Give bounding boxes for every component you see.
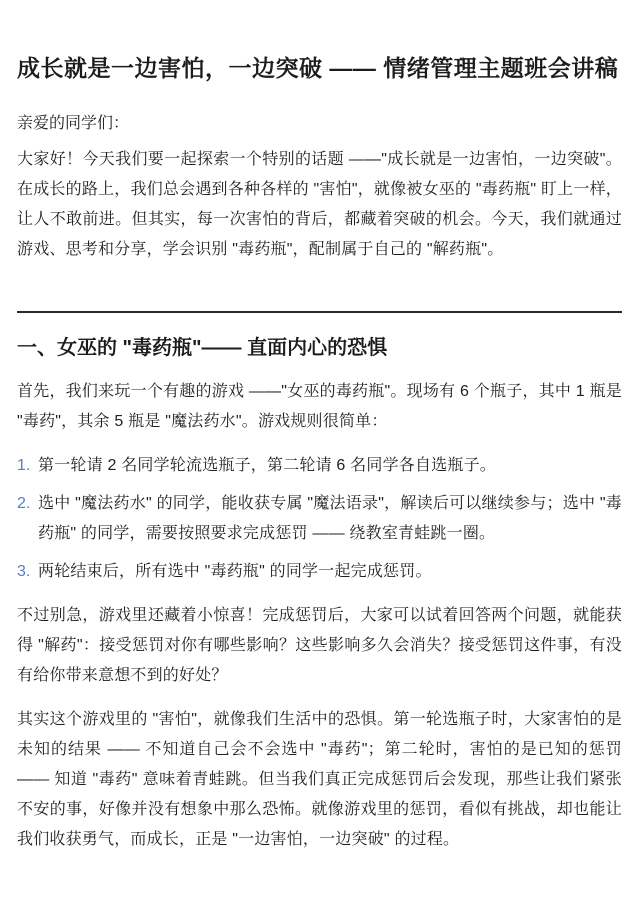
game-rules-list: 1. 第一轮请 2 名同学轮流选瓶子，第二轮请 6 名同学各自选瓶子。 2. 选… — [17, 451, 622, 587]
game-lead-paragraph: 首先，我们来玩一个有趣的游戏 ——"女巫的毒药瓶"。现场有 6 个瓶子，其中 1… — [17, 377, 622, 437]
document-page: 成长就是一边害怕，一边突破 —— 情绪管理主题班会讲稿 亲爱的同学们： 大家好！… — [0, 0, 640, 921]
greeting-line: 亲爱的同学们： — [17, 109, 622, 139]
intro-paragraph: 大家好！今天我们要一起探索一个特别的话题 ——"成长就是一边害怕，一边突破"。在… — [17, 145, 622, 265]
document-title: 成长就是一边害怕，一边突破 —— 情绪管理主题班会讲稿 — [17, 46, 622, 91]
list-item-number: 2. — [17, 489, 38, 519]
list-item: 2. 选中 "魔法药水" 的同学，能收获专属 "魔法语录"，解读后可以继续参与；… — [17, 489, 622, 549]
list-item-text: 选中 "魔法药水" 的同学，能收获专属 "魔法语录"，解读后可以继续参与；选中 … — [38, 489, 622, 549]
section-divider — [17, 311, 622, 313]
list-item: 3. 两轮结束后，所有选中 "毒药瓶" 的同学一起完成惩罚。 — [17, 557, 622, 587]
reflection-paragraph: 其实这个游戏里的 "害怕"，就像我们生活中的恐惧。第一轮选瓶子时，大家害怕的是未… — [17, 705, 622, 855]
list-item-number: 3. — [17, 557, 38, 587]
section-1-heading: 一、女巫的 "毒药瓶"—— 直面内心的恐惧 — [17, 333, 622, 363]
list-item-number: 1. — [17, 451, 38, 481]
surprise-paragraph: 不过别急，游戏里还藏着小惊喜！完成惩罚后，大家可以试着回答两个问题，就能获得 "… — [17, 601, 622, 691]
list-item-text: 第一轮请 2 名同学轮流选瓶子，第二轮请 6 名同学各自选瓶子。 — [38, 451, 622, 481]
list-item: 1. 第一轮请 2 名同学轮流选瓶子，第二轮请 6 名同学各自选瓶子。 — [17, 451, 622, 481]
list-item-text: 两轮结束后，所有选中 "毒药瓶" 的同学一起完成惩罚。 — [38, 557, 622, 587]
